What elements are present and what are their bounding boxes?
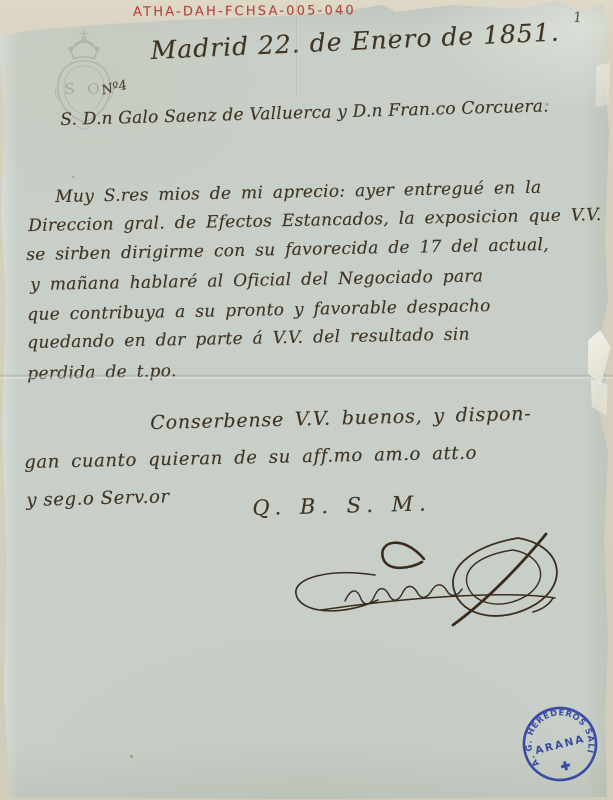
stamp-ring-text: A. G. HEREDEROS SALINAS [503, 695, 600, 777]
fold-crease-horizontal [0, 374, 613, 379]
svg-text:A. G. HEREDEROS SALINAS: A. G. HEREDEROS SALINAS [503, 695, 600, 777]
closing-line: y seg.o Serv.or [26, 486, 170, 511]
closing-line-qbsm: Q. B. S. M. [252, 491, 432, 520]
paper-speck [72, 176, 74, 178]
body-line: perdida de t.po. [27, 361, 177, 384]
stamp-cross-icon [560, 760, 571, 771]
signature-flourish [283, 528, 575, 634]
paper-speck [389, 33, 392, 37]
folio-page-number: 1 [572, 10, 583, 27]
stamp-center-text: ARANA [534, 733, 587, 757]
paper-speck [130, 755, 133, 758]
paper-speck [545, 103, 549, 106]
fold-crease-vertical [296, 0, 298, 96]
archive-code-label: ATHA-DAH-FCHSA-005-040 [133, 3, 356, 20]
seal-monogram-letters: S O [64, 80, 103, 98]
signature-rubric-icon [283, 528, 575, 634]
ownership-stamp: A. G. HEREDEROS SALINAS ARANA [503, 695, 613, 797]
scanned-letter-page: ATHA-DAH-FCHSA-005-040 1 S O Madrid 22. … [0, 0, 613, 800]
